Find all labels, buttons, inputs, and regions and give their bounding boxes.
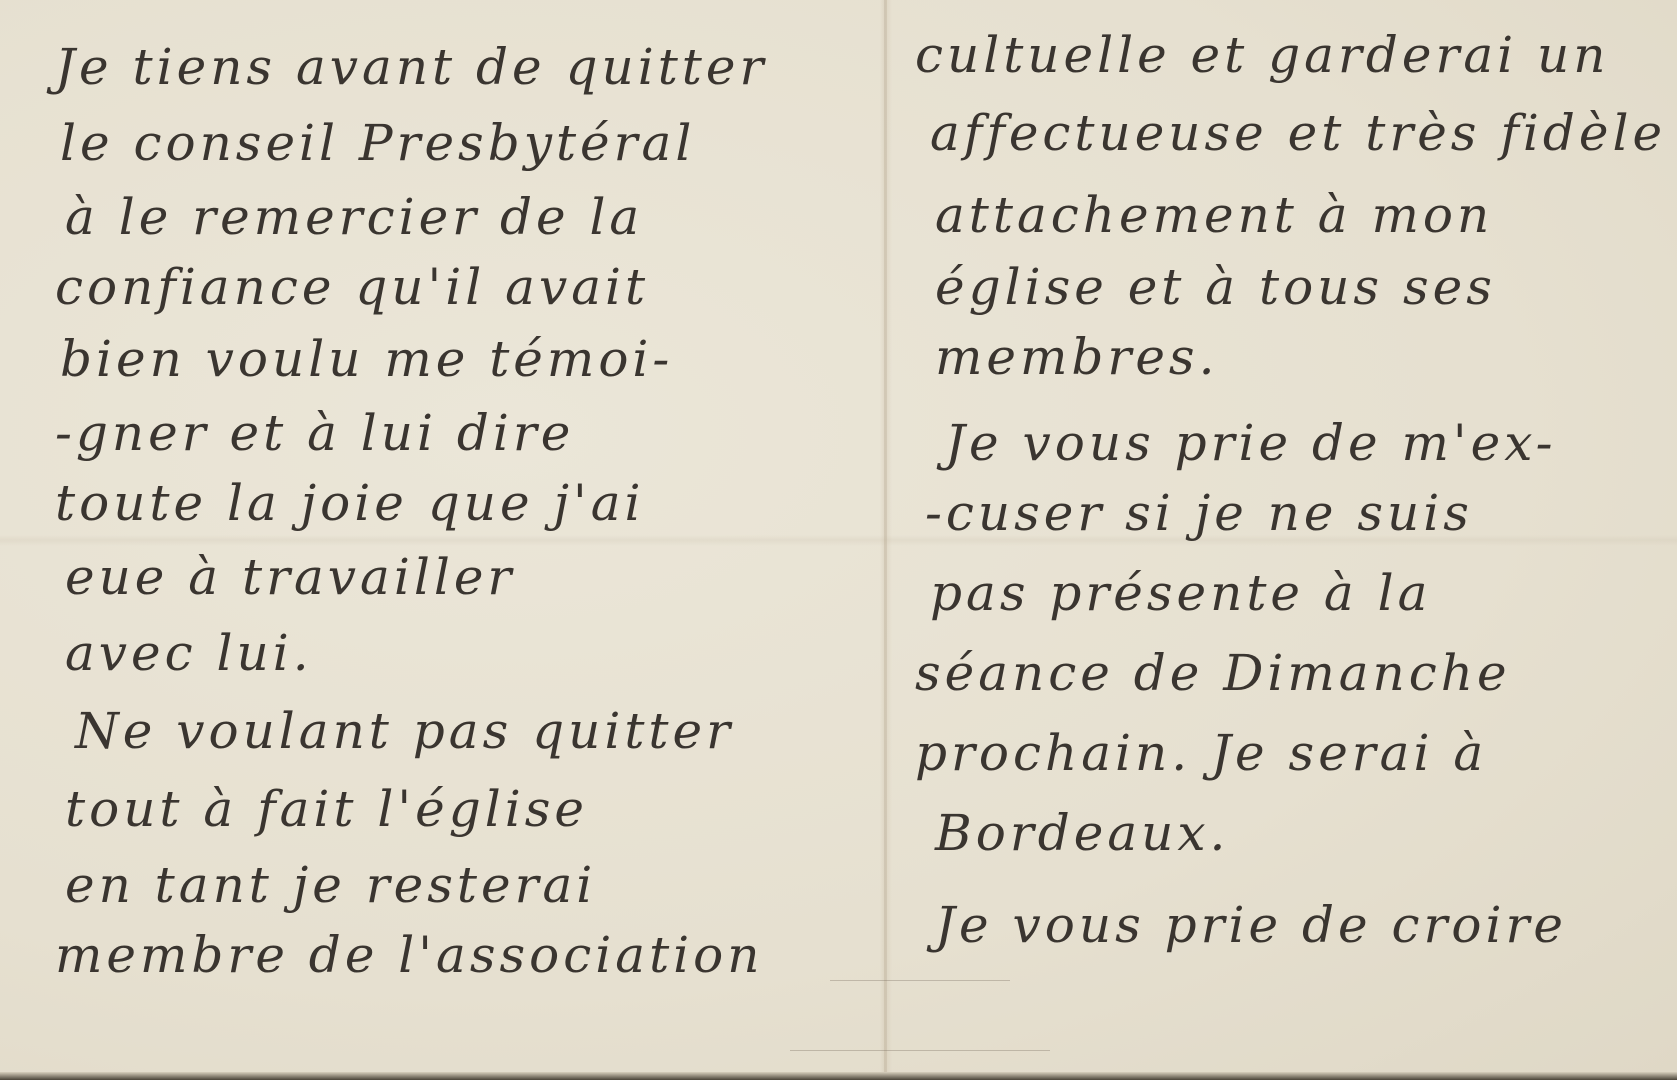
handwritten-line: Je tiens avant de quitter: [55, 42, 767, 92]
handwritten-line: le conseil Presbytéral: [60, 118, 695, 168]
handwritten-line: église et à tous ses: [935, 262, 1496, 312]
handwritten-line: séance de Dimanche: [915, 648, 1511, 698]
handwritten-line: Bordeaux.: [935, 808, 1229, 858]
handwritten-line: membre de l'association: [55, 930, 763, 980]
page-bottom-edge: [0, 1072, 1677, 1080]
handwritten-line: pas présente à la: [930, 568, 1431, 618]
left-page: Je tiens avant de quitterle conseil Pres…: [55, 0, 855, 1080]
handwritten-line: en tant je resterai: [65, 860, 596, 910]
handwritten-line: prochain. Je serai à: [915, 728, 1487, 778]
handwritten-line: -cuser si je ne suis: [925, 488, 1473, 538]
handwritten-line: attachement à mon: [935, 190, 1493, 240]
right-page: cultuelle et garderai unaffectueuse et t…: [915, 0, 1655, 1080]
handwritten-line: à le remercier de la: [65, 192, 643, 242]
handwritten-line: confiance qu'il avait: [55, 262, 649, 312]
handwritten-line: avec lui.: [65, 628, 313, 678]
handwritten-line: tout à fait l'église: [65, 784, 588, 834]
handwritten-line: bien voulu me témoi-: [60, 334, 673, 384]
pencil-mark: [830, 980, 1010, 981]
handwritten-line: Je vous prie de croire: [935, 900, 1567, 950]
handwritten-line: membres.: [935, 332, 1218, 382]
handwritten-line: -gner et à lui dire: [55, 408, 574, 458]
handwritten-line: cultuelle et garderai un: [915, 30, 1609, 80]
handwritten-line: Ne voulant pas quitter: [75, 706, 734, 756]
handwritten-line: affectueuse et très fidèle: [930, 108, 1666, 158]
pencil-mark: [790, 1050, 1050, 1051]
handwritten-line: toute la joie que j'ai: [55, 478, 645, 528]
center-fold: [884, 0, 887, 1080]
handwritten-line: eue à travailler: [65, 552, 515, 602]
handwritten-line: Je vous prie de m'ex-: [945, 418, 1556, 468]
